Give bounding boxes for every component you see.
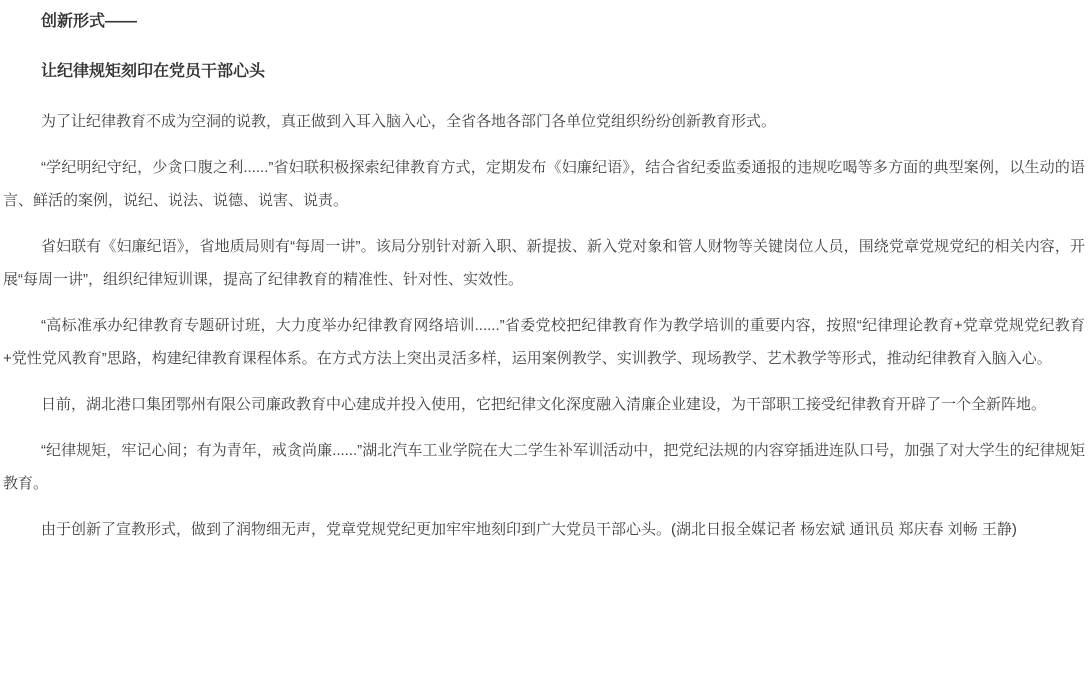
article-title: 让纪律规矩刻印在党员干部心头	[3, 55, 1085, 88]
paragraph-intro: 为了让纪律教育不成为空洞的说教，真正做到入耳入脑入心，全省各地各部门各单位党组织…	[3, 105, 1085, 138]
paragraph-conclusion-byline: 由于创新了宣教形式，做到了润物细无声，党章党规党纪更加牢牢地刻印到广大党员干部心…	[3, 513, 1085, 546]
paragraph-qiche-xueyuan: “纪律规矩，牢记心间；有为青年，戒贪尚廉......”湖北汽车工业学院在大二学生…	[3, 434, 1085, 500]
paragraph-gangkou: 日前，湖北港口集团鄂州有限公司廉政教育中心建成并投入使用，它把纪律文化深度融入清…	[3, 388, 1085, 421]
paragraph-fulian: “学纪明纪守纪，少贪口腹之利......”省妇联积极探索纪律教育方式，定期发布《…	[3, 151, 1085, 217]
paragraph-dizhiju: 省妇联有《妇廉纪语》，省地质局则有“每周一讲”。该局分别针对新入职、新提拔、新入…	[3, 230, 1085, 296]
article-subtitle-lead: 创新形式——	[3, 5, 1085, 38]
article-body: 创新形式—— 让纪律规矩刻印在党员干部心头 为了让纪律教育不成为空洞的说教，真正…	[0, 0, 1088, 546]
paragraph-dangxiao: “高标准承办纪律教育专题研讨班，大力度举办纪律教育网络培训......”省委党校…	[3, 309, 1085, 375]
